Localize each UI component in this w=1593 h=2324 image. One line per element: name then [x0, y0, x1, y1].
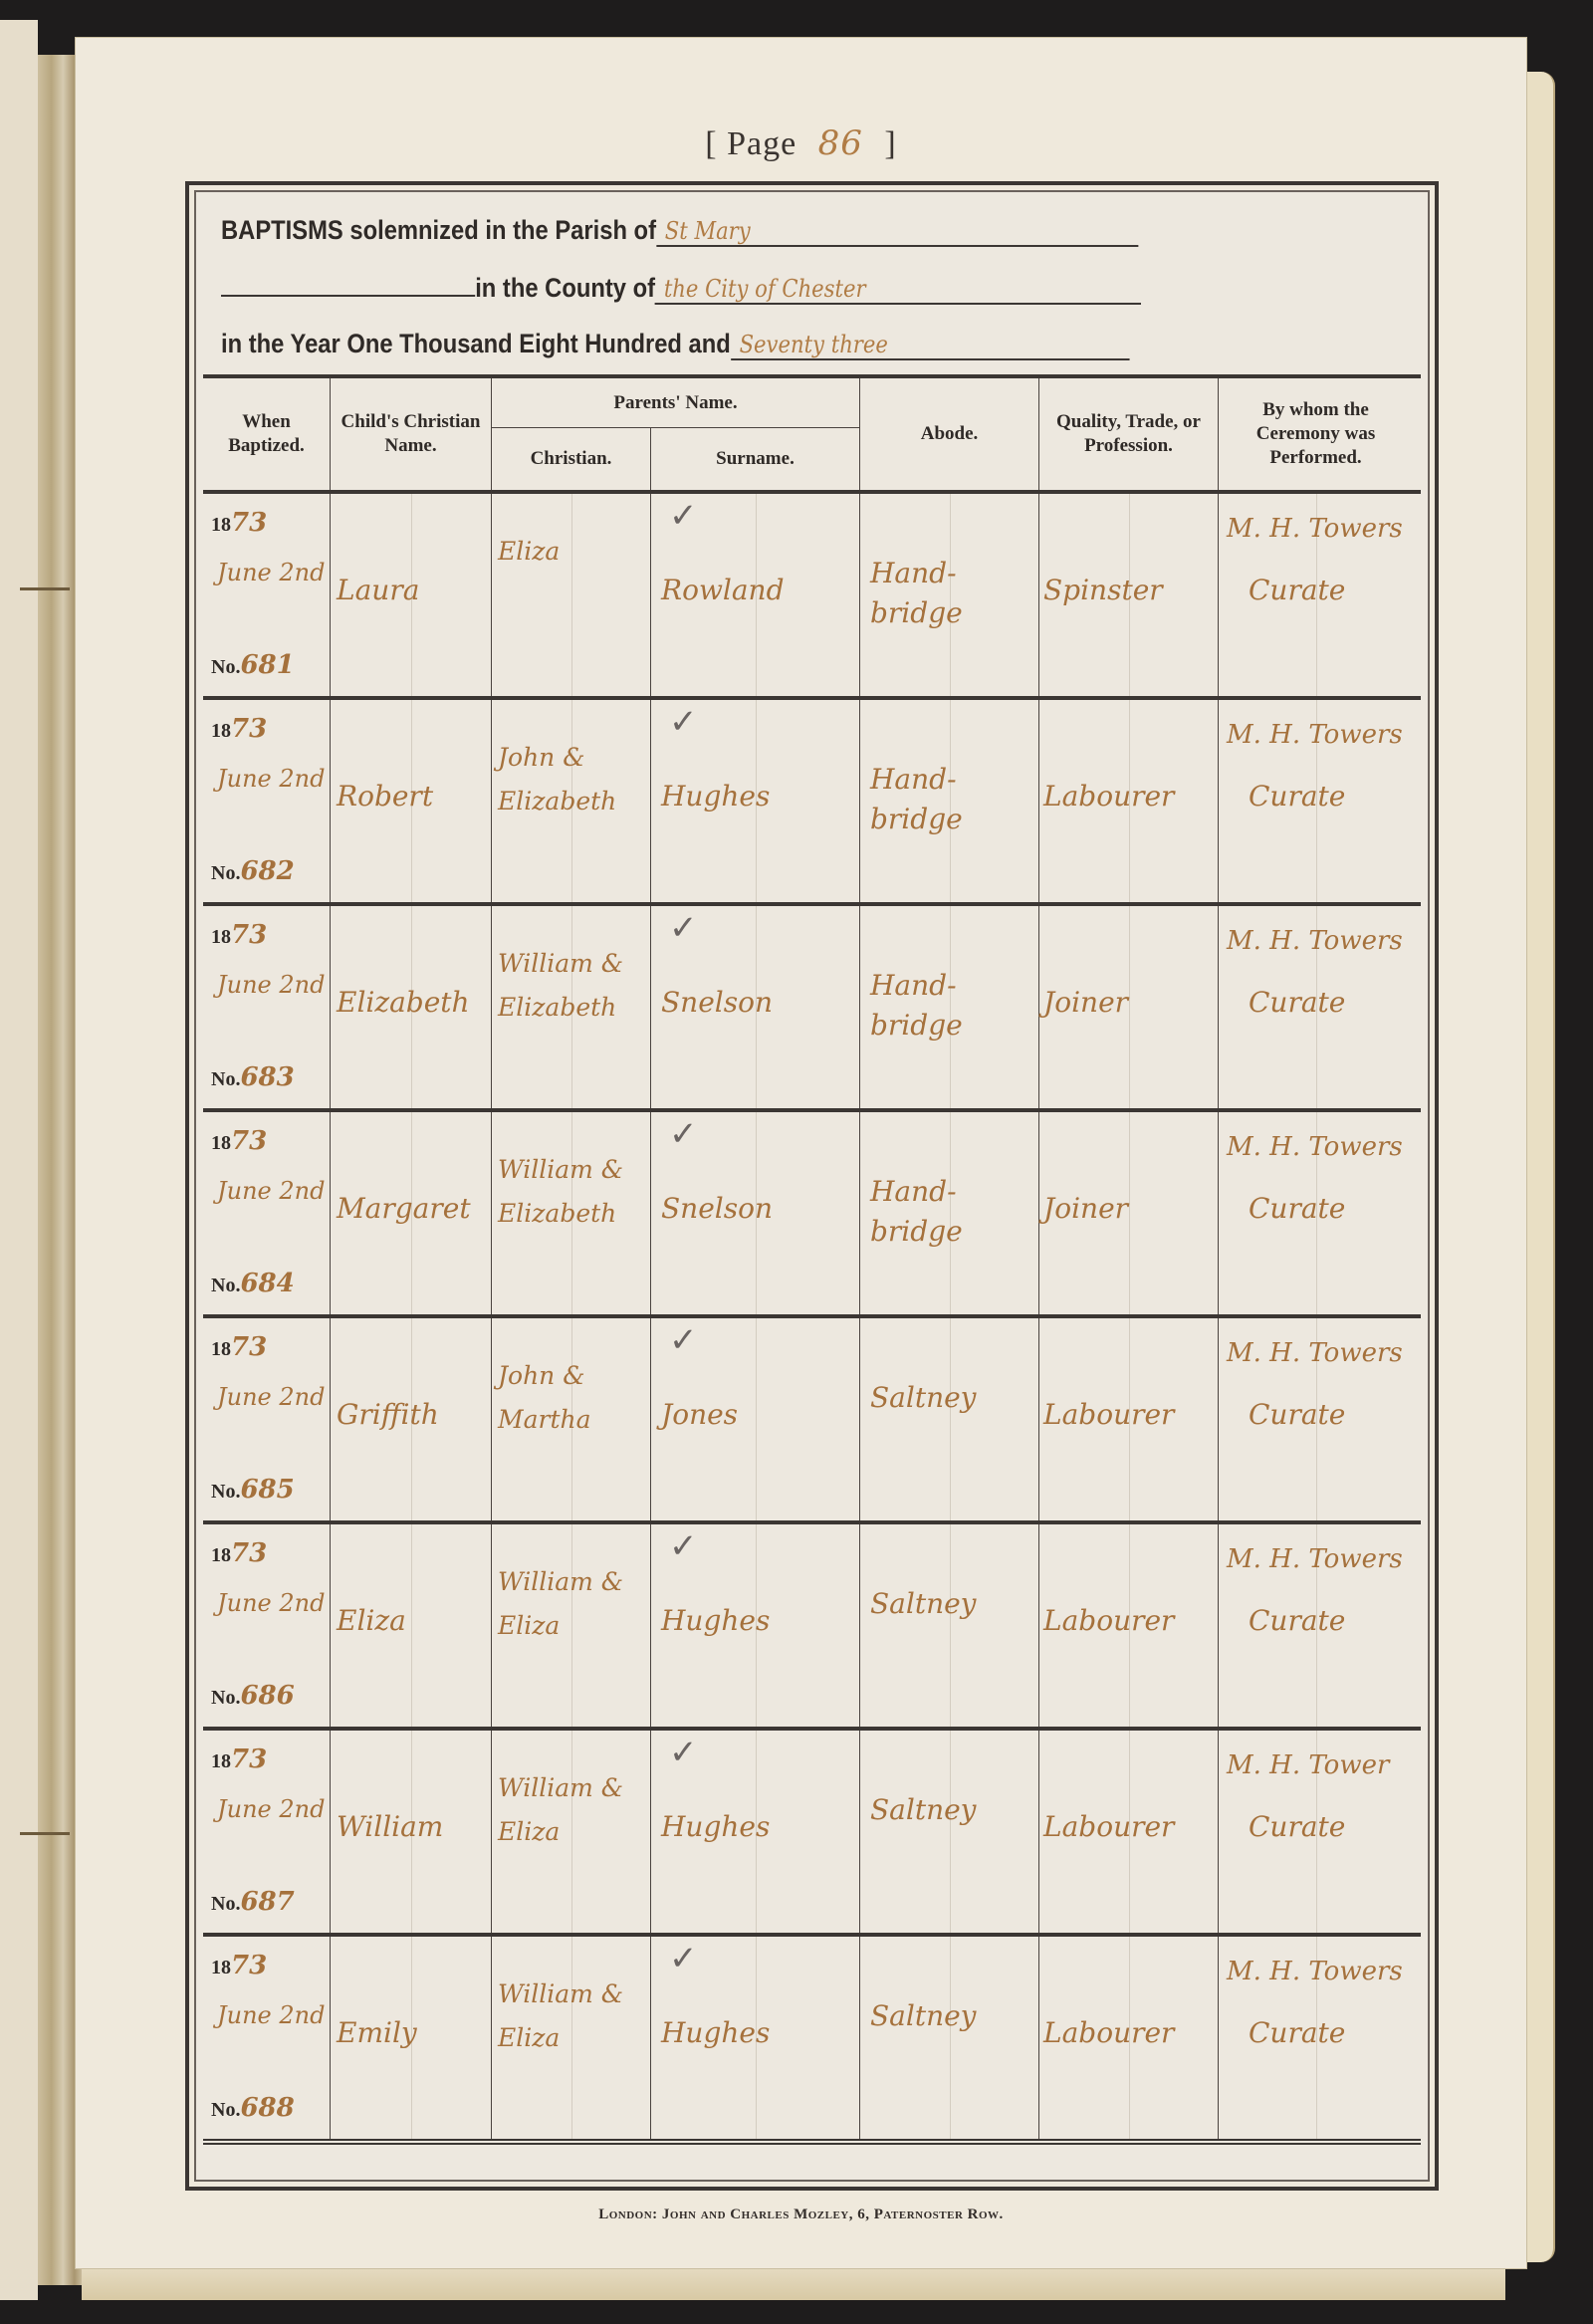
cell-surname: ✓Hughes: [651, 700, 860, 902]
col-quality: Quality, Trade, or Profession.: [1039, 378, 1219, 490]
col-abode: Abode.: [860, 378, 1039, 490]
table-row: 1873 June 2nd No.686 Eliza William & Eli…: [203, 1524, 1421, 1731]
quality: Labourer: [1043, 2016, 1174, 2049]
parents-christian: William & Eliza: [498, 1766, 647, 1854]
left-page-edge: [0, 20, 38, 2300]
entry-date: June 2nd: [217, 1998, 327, 2032]
cell-child: Laura: [331, 494, 492, 696]
abode: Saltney: [870, 1378, 1029, 1418]
entry-number-value: 682: [240, 856, 294, 886]
officiant-title: Curate: [1249, 780, 1345, 813]
cell-parents-christian: William & Eliza: [492, 1731, 651, 1933]
parents-christian: Eliza: [498, 530, 647, 574]
officiant-name: M. H. Towers: [1227, 1957, 1403, 1986]
officiant-name: M. H. Towers: [1227, 926, 1403, 956]
check-mark-icon: ✓: [669, 1320, 698, 1360]
surname: Jones: [661, 1398, 738, 1431]
abode: Hand-bridge: [870, 554, 1029, 633]
cell-parents-christian: William & Elizabeth: [492, 1112, 651, 1314]
entry-number: No.684: [211, 1269, 295, 1298]
year-prefix: 18: [211, 1750, 231, 1772]
table-row: 1873 June 2nd No.688 Emily William & Eli…: [203, 1937, 1421, 2145]
register-frame: BAPTISMS solemnized in the Parish ofSt M…: [185, 181, 1439, 2191]
page-number: 86: [818, 123, 863, 163]
entry-number-label: No.: [211, 2099, 240, 2121]
year-suffix: 73: [231, 508, 267, 538]
officiant-name: M. H. Towers: [1227, 1338, 1403, 1368]
entry-number: No.683: [211, 1062, 295, 1092]
check-mark-icon: ✓: [669, 1733, 698, 1772]
cell-when: 1873 June 2nd No.686: [203, 1524, 331, 1727]
cell-abode: Hand-bridge: [860, 494, 1039, 696]
parents-christian: William & Eliza: [498, 1973, 647, 2060]
entry-year: 1873: [211, 1951, 267, 1980]
officiant-title: Curate: [1249, 1398, 1345, 1431]
entry-number: No.686: [211, 1681, 295, 1711]
entry-year: 1873: [211, 1332, 267, 1362]
cell-when: 1873 June 2nd No.684: [203, 1112, 331, 1314]
entry-date: June 2nd: [217, 1792, 327, 1826]
year-suffix: 73: [231, 920, 267, 950]
title-line-year: in the Year One Thousand Eight Hundred a…: [221, 329, 1269, 380]
cell-when: 1873 June 2nd No.687: [203, 1731, 331, 1933]
year-suffix: 73: [231, 1126, 267, 1156]
entry-date: June 2nd: [217, 556, 327, 589]
cell-child: Robert: [331, 700, 492, 902]
officiant-title: Curate: [1249, 1810, 1345, 1843]
title-line-parish: BAPTISMS solemnized in the Parish ofSt M…: [221, 215, 1269, 267]
table-row: 1873 June 2nd No.687 William William & E…: [203, 1731, 1421, 1937]
entry-number: No.681: [211, 650, 295, 680]
quality: Joiner: [1043, 986, 1128, 1019]
col-child-name: Child's Christian Name.: [331, 378, 492, 490]
year-prefix: 18: [211, 514, 231, 536]
entry-number-label: No.: [211, 1275, 240, 1296]
entry-number-value: 687: [240, 1887, 294, 1917]
child-name: Griffith: [337, 1398, 439, 1431]
bracket-open: [: [705, 125, 717, 162]
cell-abode: Saltney: [860, 1731, 1039, 1933]
year-prefix: 18: [211, 1544, 231, 1566]
child-name: Robert: [337, 780, 433, 813]
printer-imprint: London: John and Charles Mozley, 6, Pate…: [76, 2207, 1526, 2223]
entry-year: 1873: [211, 1744, 267, 1774]
surname: Snelson: [661, 986, 773, 1019]
bracket-close: ]: [884, 125, 896, 162]
cell-parents-christian: Eliza: [492, 494, 651, 696]
cell-when: 1873 June 2nd No.683: [203, 906, 331, 1108]
cell-abode: Saltney: [860, 1937, 1039, 2139]
cell-parents-christian: John & Martha: [492, 1318, 651, 1520]
cell-parents-christian: William & Eliza: [492, 1524, 651, 1727]
officiant-title: Curate: [1249, 1604, 1345, 1637]
surname: Hughes: [661, 2016, 770, 2049]
entry-number-label: No.: [211, 656, 240, 678]
entry-number-value: 686: [240, 1681, 294, 1711]
abode: Hand-bridge: [870, 760, 1029, 839]
parents-christian: John & Martha: [498, 1354, 647, 1442]
entry-date: June 2nd: [217, 968, 327, 1002]
year-suffix: 73: [231, 1744, 267, 1774]
entry-number-value: 684: [240, 1269, 294, 1298]
cell-quality: Labourer: [1039, 1937, 1219, 2139]
entry-date: June 2nd: [217, 762, 327, 796]
entry-year: 1873: [211, 508, 267, 538]
page-number-header: [ Page 86 ]: [76, 123, 1526, 163]
col-by-whom: By whom the Ceremony was Performed.: [1219, 378, 1413, 490]
cell-when: 1873 June 2nd No.682: [203, 700, 331, 902]
quality: Labourer: [1043, 1398, 1174, 1431]
parents-christian: William & Elizabeth: [498, 1148, 647, 1236]
check-mark-icon: ✓: [669, 496, 698, 536]
parish-label: BAPTISMS solemnized in the Parish of: [221, 215, 656, 245]
cell-officiant: M. H. TowersCurate: [1219, 1524, 1413, 1727]
year-prefix: 18: [211, 926, 231, 948]
quality: Labourer: [1043, 780, 1174, 813]
cell-officiant: M. H. TowersCurate: [1219, 906, 1413, 1108]
cell-officiant: M. H. TowersCurate: [1219, 1318, 1413, 1520]
cell-surname: ✓Hughes: [651, 1937, 860, 2139]
table-row: 1873 June 2nd No.684 Margaret William & …: [203, 1112, 1421, 1318]
title-block: BAPTISMS solemnized in the Parish ofSt M…: [211, 207, 1413, 391]
cell-officiant: M. H. TowersCurate: [1219, 494, 1413, 696]
quality: Joiner: [1043, 1192, 1128, 1225]
cell-officiant: M. H. TowersCurate: [1219, 1112, 1413, 1314]
cell-child: Emily: [331, 1937, 492, 2139]
col-parents-name: Parents' Name.: [492, 378, 860, 428]
entry-number-value: 681: [240, 650, 294, 680]
entry-number: No.685: [211, 1475, 295, 1505]
cell-abode: Saltney: [860, 1524, 1039, 1727]
year-suffix: 73: [231, 714, 267, 744]
entry-number-value: 688: [240, 2093, 294, 2123]
year-prefix: 18: [211, 1957, 231, 1978]
surname: Hughes: [661, 1810, 770, 1843]
surname: Hughes: [661, 780, 770, 813]
cell-surname: ✓Snelson: [651, 1112, 860, 1314]
cell-abode: Hand-bridge: [860, 700, 1039, 902]
officiant-name: M. H. Towers: [1227, 1544, 1403, 1574]
cell-abode: Hand-bridge: [860, 906, 1039, 1108]
child-name: William: [337, 1810, 443, 1843]
table-header: When Baptized. Child's Christian Name. P…: [203, 378, 1421, 494]
cell-surname: ✓Jones: [651, 1318, 860, 1520]
cell-parents-christian: William & Eliza: [492, 1937, 651, 2139]
entry-number-value: 685: [240, 1475, 294, 1505]
surname: Hughes: [661, 1604, 770, 1637]
cell-surname: ✓Hughes: [651, 1524, 860, 1727]
col-parents-surname: Surname.: [651, 428, 860, 490]
quality: Labourer: [1043, 1810, 1174, 1843]
entry-number-label: No.: [211, 1687, 240, 1709]
blank-line: [221, 295, 475, 297]
entry-year: 1873: [211, 1126, 267, 1156]
cell-child: Griffith: [331, 1318, 492, 1520]
abode: Saltney: [870, 1996, 1029, 2036]
officiant-name: M. H. Towers: [1227, 1132, 1403, 1162]
cell-quality: Labourer: [1039, 1524, 1219, 1727]
check-mark-icon: ✓: [669, 702, 698, 742]
parish-value: St Mary: [656, 217, 1138, 247]
entry-year: 1873: [211, 920, 267, 950]
cell-parents-christian: William & Elizabeth: [492, 906, 651, 1108]
cell-abode: Hand-bridge: [860, 1112, 1039, 1314]
abode: Saltney: [870, 1790, 1029, 1830]
child-name: Margaret: [337, 1192, 471, 1225]
abode: Hand-bridge: [870, 1172, 1029, 1252]
cell-when: 1873 June 2nd No.681: [203, 494, 331, 696]
county-label: in the County of: [475, 273, 655, 303]
year-prefix: 18: [211, 1338, 231, 1360]
entry-date: June 2nd: [217, 1174, 327, 1208]
surname: Rowland: [661, 574, 785, 606]
binding-thread: [20, 1832, 70, 1835]
quality: Spinster: [1043, 574, 1163, 606]
check-mark-icon: ✓: [669, 1114, 698, 1154]
officiant-name: M. H. Towers: [1227, 720, 1403, 750]
county-value: the City of Chester: [655, 275, 1141, 305]
cell-surname: ✓Hughes: [651, 1731, 860, 1933]
cell-officiant: M. H. TowersCurate: [1219, 700, 1413, 902]
table-row: 1873 June 2nd No.685 Griffith John & Mar…: [203, 1318, 1421, 1524]
abode: Saltney: [870, 1584, 1029, 1624]
year-suffix: 73: [231, 1951, 267, 1980]
parents-christian: John & Elizabeth: [498, 736, 647, 823]
entry-year: 1873: [211, 1538, 267, 1568]
entry-year: 1873: [211, 714, 267, 744]
child-name: Eliza: [337, 1604, 406, 1637]
check-mark-icon: ✓: [669, 908, 698, 948]
entry-number-value: 683: [240, 1062, 294, 1092]
year-label: in the Year One Thousand Eight Hundred a…: [221, 329, 731, 358]
cell-surname: ✓Rowland: [651, 494, 860, 696]
entry-number: No.682: [211, 856, 295, 886]
cell-child: Elizabeth: [331, 906, 492, 1108]
abode: Hand-bridge: [870, 966, 1029, 1046]
cell-when: 1873 June 2nd No.688: [203, 1937, 331, 2139]
register-page: [ Page 86 ] BAPTISMS solemnized in the P…: [76, 38, 1526, 2268]
cell-quality: Joiner: [1039, 1112, 1219, 1314]
baptism-table: When Baptized. Child's Christian Name. P…: [203, 374, 1421, 2173]
check-mark-icon: ✓: [669, 1526, 698, 1566]
cell-child: William: [331, 1731, 492, 1933]
year-value: Seventy three: [731, 331, 1129, 360]
cell-quality: Spinster: [1039, 494, 1219, 696]
col-when-baptized: When Baptized.: [203, 378, 331, 490]
entry-date: June 2nd: [217, 1586, 327, 1620]
entry-number-label: No.: [211, 1481, 240, 1503]
entry-number-label: No.: [211, 862, 240, 884]
cell-officiant: M. H. TowerCurate: [1219, 1731, 1413, 1933]
cell-parents-christian: John & Elizabeth: [492, 700, 651, 902]
binding-thread: [20, 587, 70, 590]
year-prefix: 18: [211, 720, 231, 742]
title-line-county: in the County ofthe City of Chester: [221, 273, 1269, 325]
child-name: Elizabeth: [337, 986, 470, 1019]
cell-quality: Labourer: [1039, 1318, 1219, 1520]
year-suffix: 73: [231, 1332, 267, 1362]
officiant-name: M. H. Towers: [1227, 514, 1403, 544]
cell-quality: Labourer: [1039, 1731, 1219, 1933]
page-label: Page: [727, 125, 796, 162]
entry-number-label: No.: [211, 1068, 240, 1090]
officiant-title: Curate: [1249, 574, 1345, 606]
year-prefix: 18: [211, 1132, 231, 1154]
year-suffix: 73: [231, 1538, 267, 1568]
child-name: Emily: [337, 2016, 417, 2049]
cell-officiant: M. H. TowersCurate: [1219, 1937, 1413, 2139]
cell-abode: Saltney: [860, 1318, 1039, 1520]
entry-number-label: No.: [211, 1893, 240, 1915]
surname: Snelson: [661, 1192, 773, 1225]
quality: Labourer: [1043, 1604, 1174, 1637]
officiant-title: Curate: [1249, 1192, 1345, 1225]
cell-surname: ✓Snelson: [651, 906, 860, 1108]
parents-christian: William & Elizabeth: [498, 942, 647, 1030]
parents-christian: William & Eliza: [498, 1560, 647, 1648]
entry-date: June 2nd: [217, 1380, 327, 1414]
officiant-name: M. H. Tower: [1227, 1750, 1389, 1780]
child-name: Laura: [337, 574, 419, 606]
officiant-title: Curate: [1249, 2016, 1345, 2049]
entry-number: No.687: [211, 1887, 295, 1917]
col-parents-christian: Christian.: [492, 428, 651, 490]
entry-number: No.688: [211, 2093, 295, 2123]
officiant-title: Curate: [1249, 986, 1345, 1019]
table-row: 1873 June 2nd No.682 Robert John & Eliza…: [203, 700, 1421, 906]
check-mark-icon: ✓: [669, 1939, 698, 1978]
table-row: 1873 June 2nd No.681 Laura Eliza ✓Rowlan…: [203, 494, 1421, 700]
cell-child: Margaret: [331, 1112, 492, 1314]
cell-child: Eliza: [331, 1524, 492, 1727]
cell-quality: Labourer: [1039, 700, 1219, 902]
cell-when: 1873 June 2nd No.685: [203, 1318, 331, 1520]
cell-quality: Joiner: [1039, 906, 1219, 1108]
table-row: 1873 June 2nd No.683 Elizabeth William &…: [203, 906, 1421, 1112]
